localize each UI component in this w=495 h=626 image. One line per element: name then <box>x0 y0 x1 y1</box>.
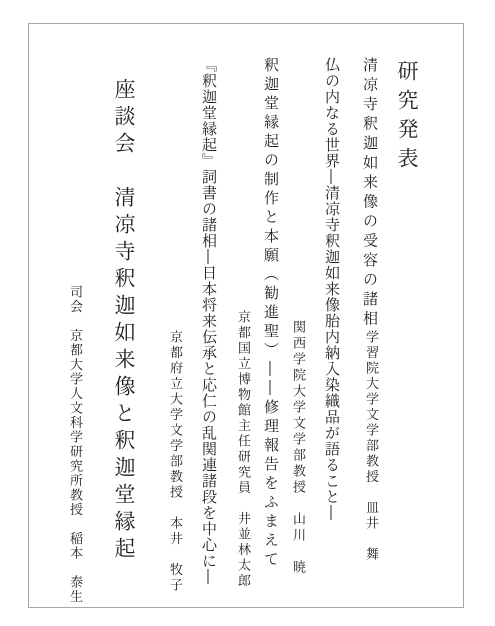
program-page: 研究発表 清凉寺釈迦如来像の受容の諸相学習院大学文学部教授 皿井 舞 仏の内なる… <box>0 0 495 626</box>
presentation-4-title: 『釈迦堂縁起』詞書の諸相―日本将来伝承と応仁の乱関連諸段を中心に― <box>201 57 216 609</box>
presentation-1-speaker: 学習院大学文学部教授 皿井 舞 <box>363 330 378 563</box>
program-content: 研究発表 清凉寺釈迦如来像の受容の諸相学習院大学文学部教授 皿井 舞 仏の内なる… <box>60 57 417 609</box>
roundtable-moderator: 司会 京都大学人文科学研究所教授 稲本 泰生 <box>68 57 81 609</box>
presentation-4-speaker: 京都府立大学文学部教授 本井 牧子 <box>168 57 181 609</box>
roundtable-section-title: 座談会 清凉寺釈迦如来像と釈迦堂縁起 <box>113 57 134 609</box>
presentation-1-title: 清凉寺釈迦如来像の受容の諸相 <box>361 57 379 330</box>
presentation-1: 清凉寺釈迦如来像の受容の諸相学習院大学文学部教授 皿井 舞 <box>362 57 378 609</box>
presentation-3-title: 釈迦堂縁起の制作と本願（勧進聖）――修理報告をふまえて <box>263 57 278 609</box>
presentation-2-title: 仏の内なる世界―清凉寺釈迦如来像胎内納入染織品が語ること― <box>324 57 339 609</box>
presentation-2-speaker: 関西学院大学文学部教授 山川 暁 <box>291 57 304 609</box>
section-heading-research-presentations: 研究発表 <box>396 57 417 609</box>
presentation-3-speaker: 京都国立博物館主任研究員 井並林太郎 <box>236 57 249 609</box>
